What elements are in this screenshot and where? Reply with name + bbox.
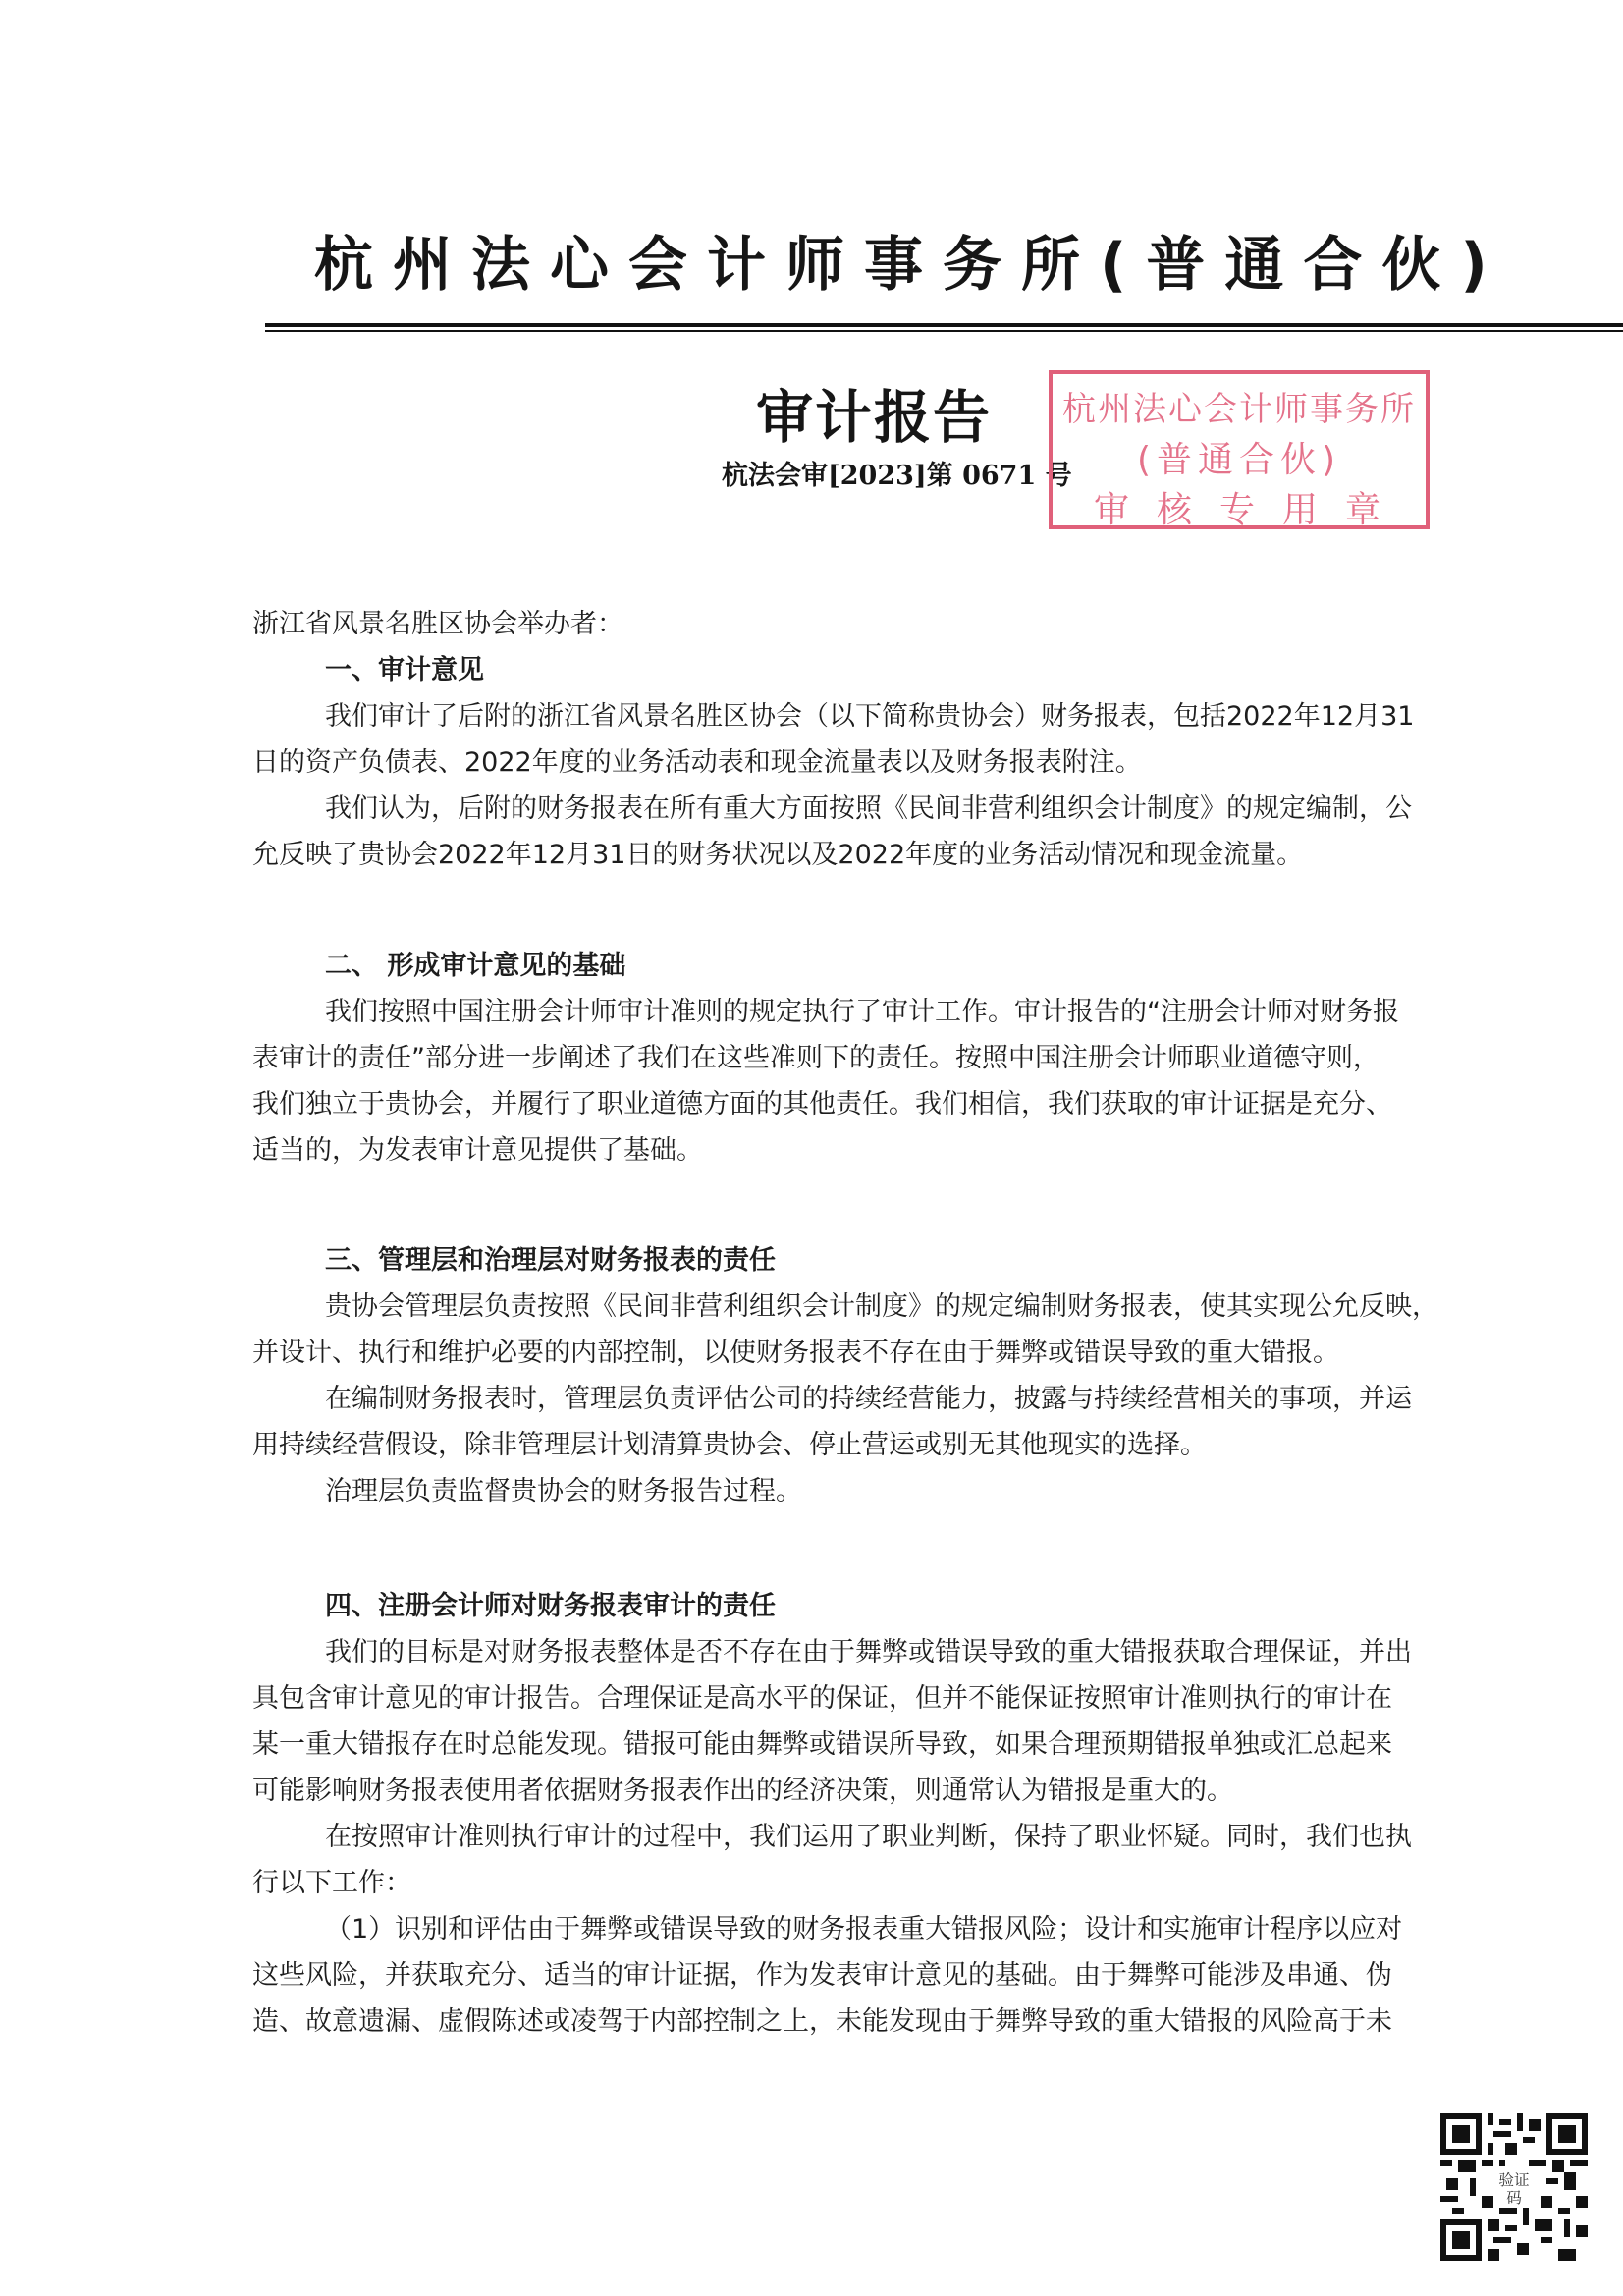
firm-name-header: 杭州法心会计师事务所(普通合伙) (314, 218, 1443, 302)
paragraph-line: 这些风险，并获取充分、适当的审计证据，作为发表审计意见的基础。由于舞弊可能涉及串… (252, 1952, 1519, 1998)
section-management-responsibility: 三、管理层和治理层对财务报表的责任 贵协会管理层负责按照《民间非营利组织会计制度… (252, 1237, 1519, 1514)
paragraph-line: 我们审计了后附的浙江省风景名胜区协会（以下简称贵协会）财务报表，包括2022年1… (252, 693, 1519, 739)
paragraph-line: 具包含审计意见的审计报告。合理保证是高水平的保证，但并不能保证按照审计准则执行的… (252, 1675, 1519, 1722)
paragraph-line: 我们认为，后附的财务报表在所有重大方面按照《民间非营利组织会计制度》的规定编制，… (252, 786, 1519, 832)
section-basis-for-opinion: 二、 形成审计意见的基础 我们按照中国注册会计师审计准则的规定执行了审计工作。审… (252, 943, 1519, 1174)
header-double-rule-top (265, 323, 1623, 327)
svg-text:验证: 验证 (1498, 2171, 1529, 2189)
section-audit-opinion: 浙江省风景名胜区协会举办者： 一、审计意见 我们审计了后附的浙江省风景名胜区协会… (252, 601, 1519, 878)
paragraph-line: 用持续经营假设，除非管理层计划清算贵协会、停止营运或别无其他现实的选择。 (252, 1422, 1519, 1468)
paragraph-line: （1）识别和评估由于舞弊或错误导致的财务报表重大错报风险；设计和实施审计程序以应… (252, 1906, 1519, 1952)
stamp-line-partnership: (普通合伙) (1053, 432, 1426, 482)
section-heading: 三、管理层和治理层对财务报表的责任 (252, 1237, 1519, 1284)
section-heading: 一、审计意见 (252, 647, 1519, 693)
paragraph-line: 在编制财务报表时，管理层负责评估公司的持续经营能力，披露与持续经营相关的事项，并… (252, 1376, 1519, 1422)
paragraph-line: 日的资产负债表、2022年度的业务活动表和现金流量表以及财务报表附注。 (252, 739, 1519, 786)
paragraph-line: 适当的，为发表审计意见提供了基础。 (252, 1127, 1519, 1174)
paragraph-line: 我们独立于贵协会，并履行了职业道德方面的其他责任。我们相信，我们获取的审计证据是… (252, 1081, 1519, 1127)
paragraph-line: 行以下工作： (252, 1860, 1519, 1906)
audit-seal-stamp: 杭州法心会计师事务所 (普通合伙) 审核专用章 (1049, 370, 1430, 529)
section-heading: 二、 形成审计意见的基础 (252, 943, 1519, 989)
paragraph-line: 在按照审计准则执行审计的过程中，我们运用了职业判断，保持了职业怀疑。同时，我们也… (252, 1814, 1519, 1860)
paragraph-line: 我们按照中国注册会计师审计准则的规定执行了审计工作。审计报告的“注册会计师对财务… (252, 989, 1519, 1035)
paragraph-line: 并设计、执行和维护必要的内部控制，以使财务报表不存在由于舞弊或错误导致的重大错报… (252, 1330, 1519, 1376)
header-double-rule-bottom (265, 330, 1623, 332)
paragraph-line: 可能影响财务报表使用者依据财务报表作出的经济决策，则通常认为错报是重大的。 (252, 1768, 1519, 1814)
svg-text:码: 码 (1506, 2189, 1522, 2207)
verification-qr-code[interactable]: 验证 码 (1440, 2113, 1588, 2261)
stamp-line-firm: 杭州法心会计师事务所 (1053, 382, 1426, 430)
paragraph-line: 表审计的责任”部分进一步阐述了我们在这些准则下的责任。按照中国注册会计师职业道德… (252, 1035, 1519, 1081)
paragraph-line: 某一重大错报存在时总能发现。错报可能由舞弊或错误所导致，如果合理预期错报单独或汇… (252, 1722, 1519, 1768)
paragraph-line: 允反映了贵协会2022年12月31日的财务状况以及2022年度的业务活动情况和现… (252, 832, 1519, 878)
stamp-line-purpose: 审核专用章 (1053, 482, 1426, 532)
section-auditor-responsibility: 四、注册会计师对财务报表审计的责任 我们的目标是对财务报表整体是否不存在由于舞弊… (252, 1583, 1519, 2045)
paragraph-line: 贵协会管理层负责按照《民间非营利组织会计制度》的规定编制财务报表，使其实现公允反… (252, 1284, 1519, 1330)
paragraph-line: 治理层负责监督贵协会的财务报告过程。 (252, 1468, 1519, 1514)
addressee: 浙江省风景名胜区协会举办者： (252, 601, 1519, 647)
paragraph-line: 我们的目标是对财务报表整体是否不存在由于舞弊或错误导致的重大错报获取合理保证，并… (252, 1629, 1519, 1675)
report-title: 审计报告 (756, 371, 992, 454)
report-number: 杭法会审[2023]第 0671 号 (722, 454, 1072, 492)
section-heading: 四、注册会计师对财务报表审计的责任 (252, 1583, 1519, 1629)
qr-code-icon: 验证 码 (1440, 2113, 1588, 2261)
paragraph-line: 造、故意遗漏、虚假陈述或凌驾于内部控制之上，未能发现由于舞弊导致的重大错报的风险… (252, 1998, 1519, 2045)
